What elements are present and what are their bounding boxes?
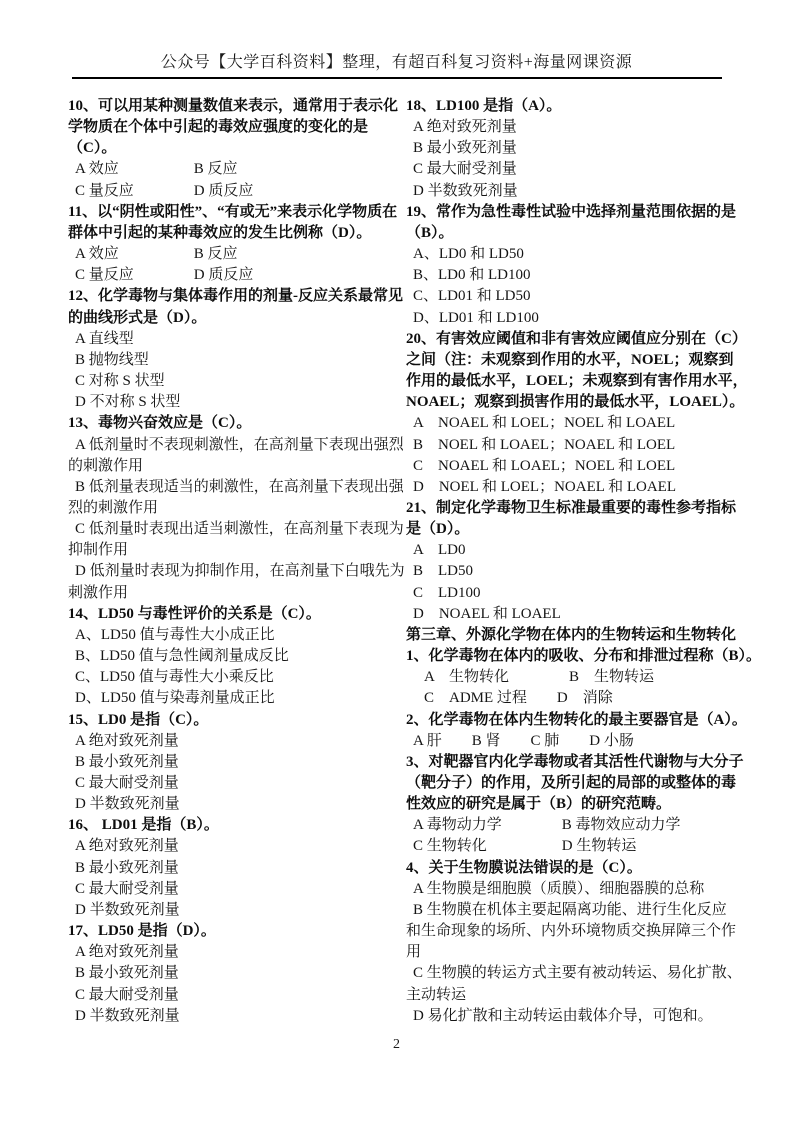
text-line: A LD0 — [406, 540, 744, 561]
text-line: D NOAEL 和 LOAEL — [406, 604, 744, 625]
text-line: D 不对称 S 状型 — [68, 392, 400, 413]
text-line: 3、对靶器官内化学毒物或者其活性代谢物与大分子 — [406, 752, 744, 773]
text-line: 和生命现象的场所、内外环境物质交换屏障三个作 — [406, 921, 744, 942]
text-line: A 绝对致死剂量 — [406, 117, 744, 138]
text-line: A NOAEL 和 LOEL；NOEL 和 LOAEL — [406, 413, 744, 434]
text-line: B 最小致死剂量 — [406, 138, 744, 159]
text-line: 19、常作为急性毒性试验中选择剂量范围依据的是 — [406, 202, 744, 223]
text-line: 刺激作用 — [68, 583, 400, 604]
text-line: C 对称 S 状型 — [68, 371, 400, 392]
text-line: 13、毒物兴奋效应是（C）。 — [68, 413, 400, 434]
text-line: C LD100 — [406, 583, 744, 604]
text-line: 烈的刺激作用 — [68, 498, 400, 519]
text-line: C、LD50 值与毒性大小乘反比 — [68, 667, 400, 688]
text-line: 15、LD0 是指（C）。 — [68, 710, 400, 731]
text-line: D、LD01 和 LD100 — [406, 308, 744, 329]
text-line: B、LD50 值与急性阈剂量成反比 — [68, 646, 400, 667]
text-line: 14、LD50 与毒性评价的关系是（C）。 — [68, 604, 400, 625]
text-line: D 易化扩散和主动转运由载体介导，可饱和。 — [406, 1006, 744, 1027]
text-line: A 直线型 — [68, 329, 400, 350]
text-line: A、LD50 值与毒性大小成正比 — [68, 625, 400, 646]
text-line: 抑制作用 — [68, 540, 400, 561]
text-line: 的曲线形式是（D）。 — [68, 308, 400, 329]
text-line: C 低剂量时表现出适当刺激性，在高剂量下表现为 — [68, 519, 400, 540]
text-line: C ADME 过程 D 消除 — [406, 688, 744, 709]
text-line: B NOEL 和 LOAEL；NOAEL 和 LOEL — [406, 435, 744, 456]
text-line: 20、有害效应阈值和非有害效应阈值应分别在（C） — [406, 329, 744, 350]
text-line: 11、以“阴性或阳性”、“有或无”来表示化学物质在 — [68, 202, 400, 223]
text-line: 16、 LD01 是指（B）。 — [68, 815, 400, 836]
text-line: A 绝对致死剂量 — [68, 731, 400, 752]
text-line: A 效应 B 反应 — [68, 244, 400, 265]
text-line: A 肝 B 肾 C 肺 D 小肠 — [406, 731, 744, 752]
text-line: D、LD50 值与染毒剂量成正比 — [68, 688, 400, 709]
text-line: C 生物转化 D 生物转运 — [406, 836, 744, 857]
text-line: 学物质在个体中引起的毒效应强度的变化的是 — [68, 117, 400, 138]
text-line: D 半数致死剂量 — [68, 1006, 400, 1027]
text-line: D 半数致死剂量 — [68, 900, 400, 921]
text-line: C 最大耐受剂量 — [406, 159, 744, 180]
text-line: C 生物膜的转运方式主要有被动转运、易化扩散、 — [406, 963, 744, 984]
text-line: NOAEL；观察到损害作用的最低水平，LOAEL）。 — [406, 392, 744, 413]
text-line: B、LD0 和 LD100 — [406, 265, 744, 286]
text-line: 18、LD100 是指（A）。 — [406, 96, 744, 117]
text-line: 群体中引起的某种毒效应的发生比例称（D）。 — [68, 223, 400, 244]
two-column-text: 10、可以用某种测量数值来表示，通常用于表示化学物质在个体中引起的毒效应强度的变… — [68, 96, 744, 1027]
text-line: 17、LD50 是指（D）。 — [68, 921, 400, 942]
text-line: 的刺激作用 — [68, 456, 400, 477]
text-line: 10、可以用某种测量数值来表示，通常用于表示化 — [68, 96, 400, 117]
text-line: D 半数致死剂量 — [68, 794, 400, 815]
text-line: 主动转运 — [406, 985, 744, 1006]
text-line: C 最大耐受剂量 — [68, 773, 400, 794]
text-line: C 量反应 D 质反应 — [68, 265, 400, 286]
text-line: B 低剂量表现适当的刺激性，在高剂量下表现出强 — [68, 477, 400, 498]
text-line: A 生物转化 B 生物转运 — [406, 667, 744, 688]
text-line: B 最小致死剂量 — [68, 858, 400, 879]
text-line: （C）。 — [68, 138, 400, 159]
text-line: 2、化学毒物在体内生物转化的最主要器官是（A）。 — [406, 710, 744, 731]
text-line: D NOEL 和 LOEL；NOAEL 和 LOAEL — [406, 477, 744, 498]
text-line: 作用的最低水平，LOEL；未观察到有害作用水平， — [406, 371, 744, 392]
text-line: A、LD0 和 LD50 — [406, 244, 744, 265]
text-line: C 最大耐受剂量 — [68, 985, 400, 1006]
text-line: （B）。 — [406, 223, 744, 244]
text-line: 12、化学毒物与集体毒作用的剂量-反应关系最常见 — [68, 286, 400, 307]
text-line: A 绝对致死剂量 — [68, 942, 400, 963]
text-line: B 生物膜在机体主要起隔离功能、进行生化反应 — [406, 900, 744, 921]
text-line: B 抛物线型 — [68, 350, 400, 371]
text-line: 是（D）。 — [406, 519, 744, 540]
text-line: A 绝对致死剂量 — [68, 836, 400, 857]
text-line: A 低剂量时不表现刺激性，在高剂量下表现出强烈 — [68, 435, 400, 456]
left-column: 10、可以用某种测量数值来表示，通常用于表示化学物质在个体中引起的毒效应强度的变… — [68, 96, 400, 1027]
text-line: B 最小致死剂量 — [68, 963, 400, 984]
text-line: （靶分子）的作用，及所引起的局部的或整体的毒 — [406, 773, 744, 794]
text-line: A 生物膜是细胞膜（质膜）、细胞器膜的总称 — [406, 879, 744, 900]
text-line: 第三章、外源化学物在体内的生物转运和生物转化 — [406, 625, 744, 646]
page-header: 公众号【大学百科资料】整理，有超百科复习资料+海量网课资源 — [0, 53, 793, 73]
text-line: B LD50 — [406, 561, 744, 582]
text-line: 1、化学毒物在体内的吸收、分布和排泄过程称（B）。 — [406, 646, 744, 667]
text-line: C 量反应 D 质反应 — [68, 181, 400, 202]
text-line: D 半数致死剂量 — [406, 181, 744, 202]
page-number: 2 — [0, 1037, 793, 1053]
text-line: 性效应的研究是属于（B）的研究范畴。 — [406, 794, 744, 815]
text-line: A 效应 B 反应 — [68, 159, 400, 180]
header-divider — [72, 77, 722, 79]
text-line: C NOAEL 和 LOAEL；NOEL 和 LOEL — [406, 456, 744, 477]
text-line: 之间（注：未观察到作用的水平，NOEL；观察到 — [406, 350, 744, 371]
text-line: B 最小致死剂量 — [68, 752, 400, 773]
text-line: 4、关于生物膜说法错误的是（C）。 — [406, 858, 744, 879]
text-line: 用 — [406, 942, 744, 963]
text-line: D 低剂量时表现为抑制作用，在高剂量下白哦先为 — [68, 561, 400, 582]
text-line: C、LD01 和 LD50 — [406, 286, 744, 307]
text-line: C 最大耐受剂量 — [68, 879, 400, 900]
document-page: 公众号【大学百科资料】整理，有超百科复习资料+海量网课资源 10、可以用某种测量… — [0, 0, 793, 1122]
right-column: 18、LD100 是指（A）。A 绝对致死剂量B 最小致死剂量C 最大耐受剂量D… — [406, 96, 744, 1027]
text-line: A 毒物动力学 B 毒物效应动力学 — [406, 815, 744, 836]
text-line: 21、制定化学毒物卫生标准最重要的毒性参考指标 — [406, 498, 744, 519]
